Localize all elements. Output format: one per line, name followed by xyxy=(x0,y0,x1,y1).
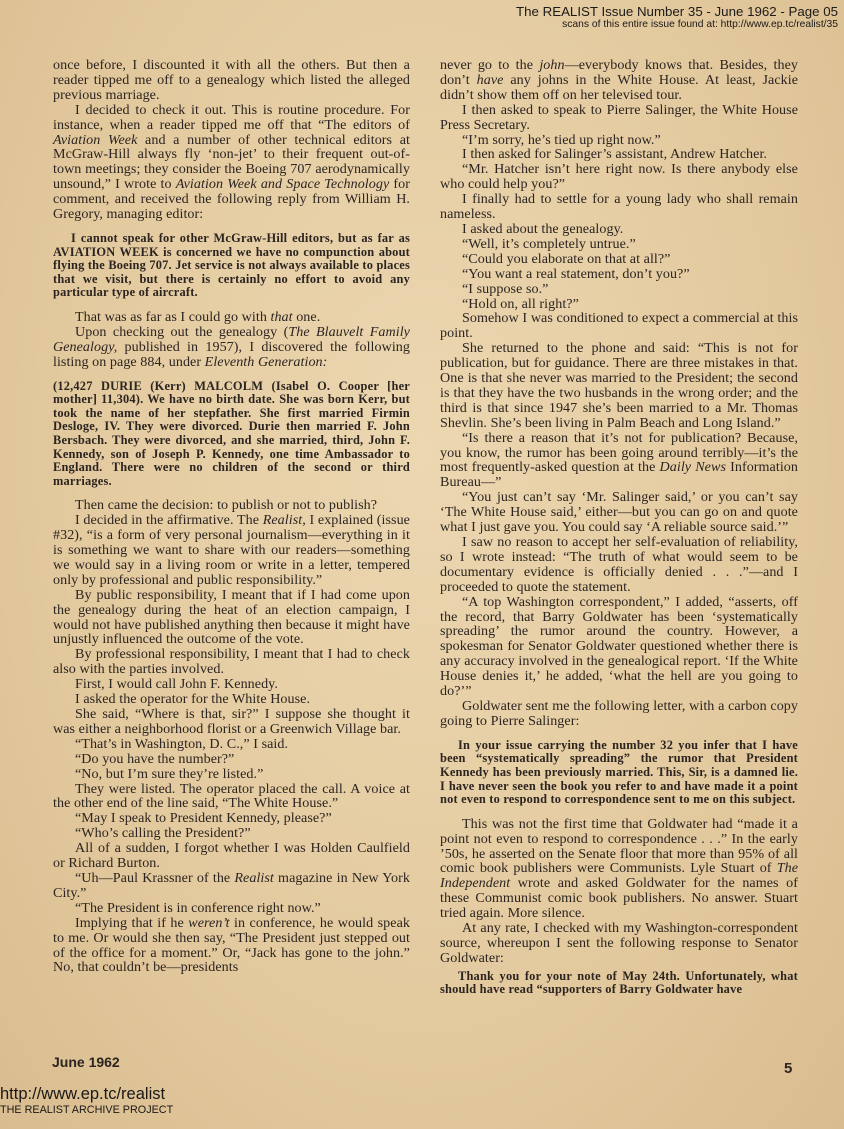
paragraph: She said, “Where is that, sir?” I suppos… xyxy=(53,707,410,737)
paragraph: “A top Washington correspondent,” I adde… xyxy=(440,595,798,699)
paragraph: I finally had to settle for a young lady… xyxy=(440,192,798,222)
left-column: once before, I discounted it with all th… xyxy=(53,58,410,975)
paragraph: “I suppose so.” xyxy=(440,282,798,297)
paragraph: I decided in the affirmative. The Realis… xyxy=(53,513,410,588)
paragraph: She returned to the phone and said: “Thi… xyxy=(440,341,798,430)
paragraph: That was as far as I could go with that … xyxy=(53,310,410,325)
archive-url: http://www.ep.tc/realist xyxy=(0,1085,173,1104)
paragraph: never go to the john—everybody knows tha… xyxy=(440,58,798,103)
paragraph: “Well, it’s completely untrue.” xyxy=(440,237,798,252)
paragraph: Then came the decision: to publish or no… xyxy=(53,498,410,513)
block-quote-aviation-week: I cannot speak for other McGraw-Hill edi… xyxy=(53,232,410,300)
issue-title: The REALIST Issue Number 35 - June 1962 … xyxy=(516,4,838,19)
paragraph: “I’m sorry, he’s tied up right now.” xyxy=(440,133,798,148)
paragraph: “Who’s calling the President?” xyxy=(53,826,410,841)
paragraph: “Hold on, all right?” xyxy=(440,297,798,312)
paragraph: By public responsibility, I meant that i… xyxy=(53,588,410,648)
paragraph: “Uh—Paul Krassner of the Realist magazin… xyxy=(53,871,410,901)
page-number: 5 xyxy=(784,1060,792,1077)
paragraph: “Could you elaborate on that at all?” xyxy=(440,252,798,267)
paragraph: “Mr. Hatcher isn’t here right now. Is th… xyxy=(440,162,798,192)
paragraph: “Do you have the number?” xyxy=(53,752,410,767)
paragraph: “You want a real statement, don’t you?” xyxy=(440,267,798,282)
paragraph: Implying that if he weren’t in conferenc… xyxy=(53,916,410,976)
block-quote-goldwater-letter: In your issue carrying the number 32 you… xyxy=(440,739,798,807)
page-header: The REALIST Issue Number 35 - June 1962 … xyxy=(516,4,838,31)
paragraph: “You just can’t say ‘Mr. Salinger said,’… xyxy=(440,490,798,535)
paragraph: “Is there a reason that it’s not for pub… xyxy=(440,431,798,491)
paragraph: Goldwater sent me the following letter, … xyxy=(440,699,798,729)
paragraph: By professional responsibility, I meant … xyxy=(53,647,410,677)
right-column: never go to the john—everybody knows tha… xyxy=(440,58,798,1007)
paragraph: “No, but I’m sure they’re listed.” xyxy=(53,767,410,782)
paragraph: I then asked for Salinger’s assistant, A… xyxy=(440,147,798,162)
paragraph: They were listed. The operator placed th… xyxy=(53,782,410,812)
archive-name: THE REALIST ARCHIVE PROJECT xyxy=(0,1104,173,1117)
footer-date: June 1962 xyxy=(52,1054,120,1070)
paragraph: “The President is in conference right no… xyxy=(53,901,410,916)
paragraph: I asked about the genealogy. xyxy=(440,222,798,237)
paragraph: I decided to check it out. This is routi… xyxy=(53,103,410,222)
paragraph: This was not the first time that Goldwat… xyxy=(440,817,798,921)
paragraph: First, I would call John F. Kennedy. xyxy=(53,677,410,692)
paragraph: “That’s in Washington, D. C.,” I said. xyxy=(53,737,410,752)
paragraph: “May I speak to President Kennedy, pleas… xyxy=(53,811,410,826)
paragraph: All of a sudden, I forgot whether I was … xyxy=(53,841,410,871)
paragraph: I then asked to speak to Pierre Salinger… xyxy=(440,103,798,133)
paragraph: Somehow I was conditioned to expect a co… xyxy=(440,311,798,341)
issue-source-note: scans of this entire issue found at: htt… xyxy=(516,19,838,31)
archive-credit: http://www.ep.tc/realist THE REALIST ARC… xyxy=(0,1085,173,1117)
paragraph: I saw no reason to accept her self-evalu… xyxy=(440,535,798,595)
paragraph: I asked the operator for the White House… xyxy=(53,692,410,707)
paragraph: once before, I discounted it with all th… xyxy=(53,58,410,103)
paragraph: Upon checking out the genealogy (The Bla… xyxy=(53,325,410,370)
paragraph: At any rate, I checked with my Washingto… xyxy=(440,921,798,966)
block-quote-response: Thank you for your note of May 24th. Unf… xyxy=(440,970,798,997)
block-quote-genealogy: (12,427 DURIE (Kerr) MALCOLM (Isabel O. … xyxy=(53,380,410,489)
